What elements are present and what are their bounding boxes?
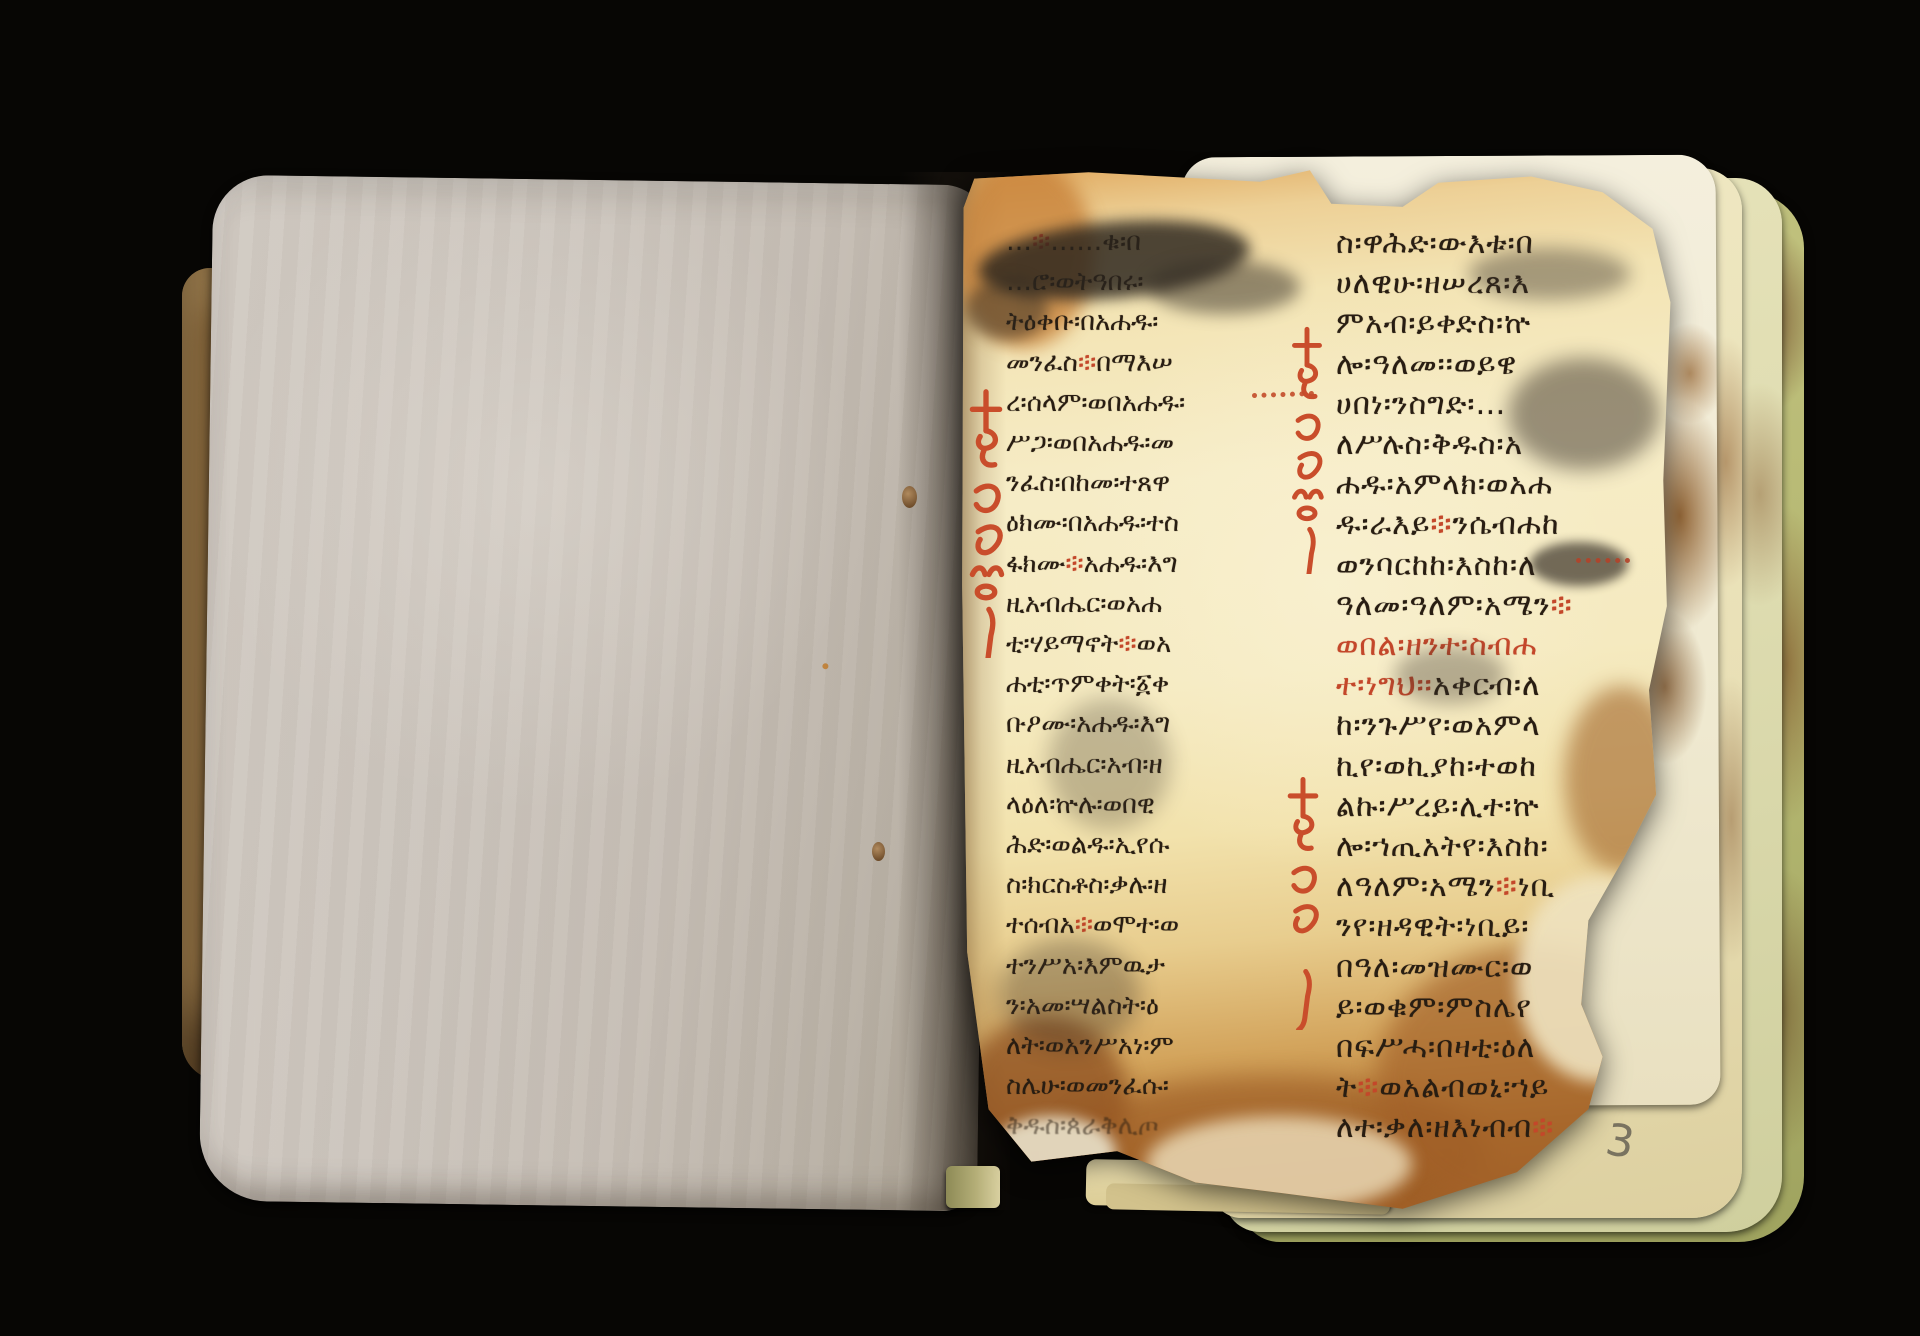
- ink-smudge: [1148, 260, 1300, 314]
- body-text: ሀበነ፡ንስግድ፡…: [1336, 387, 1506, 422]
- section-marker-icon: [1288, 324, 1326, 574]
- body-text: ዕክሙ፡በአሐዱ፡ተስ: [1006, 508, 1179, 538]
- body-text: ሎ፡ዓለመ፡፡ወይዌ: [1336, 347, 1517, 382]
- text-line: ንየ፡ዘዳዊት፡ነቢይ፡: [1336, 907, 1652, 947]
- rubric-text: ፨: [1118, 629, 1136, 659]
- ink-smudge: [998, 938, 1140, 1050]
- text-line: ለተ፡ቃለ፡ዘእነብብ፨: [1336, 1108, 1652, 1148]
- text-line: ተሰብአ፨ወሞተ፡ወ: [1006, 905, 1262, 945]
- body-text: ለሥሉስ፡ቅዱስ፡አ: [1336, 427, 1523, 462]
- text-line: ዕክሙ፡በአሐዱ፡ተስ: [1006, 503, 1262, 543]
- text-line: ንፈስ፡በከመ፡ተጸዋ: [1006, 463, 1262, 503]
- body-text: ስ፡ክርስቶስ፡ቃሉ፡ዘ: [1006, 870, 1167, 900]
- ink-smudge: [1508, 358, 1660, 470]
- text-line: ዓለመ፡ዓለም፡አሜን፨: [1336, 586, 1652, 626]
- text-line: ሥጋ፡ወበአሐዱ፡መ: [1006, 423, 1262, 463]
- ink-smudge: [1530, 542, 1628, 586]
- body-text: ንሴብሐከ: [1452, 507, 1559, 542]
- text-line: ሐዱ፡አምላክ፡ወአሐ: [1336, 465, 1652, 505]
- body-text: በፍሥሓ፡በዛቲ፡ዕለ: [1336, 1030, 1535, 1065]
- text-line: ይ፡ወቁም፡ምስሌየ: [1336, 988, 1652, 1028]
- photograph-background: 4 3 …፨……ቁ፡በ…ሮ፡ወትዓበሩ፡ትዕቀቡ፡በአሐዱ፡መንፈስ፨በማእሠረ…: [0, 0, 1920, 1336]
- text-line: ት፨ወአልብወኒ፡ኀይ: [1336, 1068, 1652, 1108]
- body-text: ት: [1336, 1070, 1357, 1105]
- manuscript-leaf: …፨……ቁ፡በ…ሮ፡ወትዓበሩ፡ትዕቀቡ፡በአሐዱ፡መንፈስ፨በማእሠረ፡ሰላም…: [960, 166, 1674, 1214]
- body-text: ወሞተ፡ወ: [1093, 910, 1179, 940]
- body-text: ቲ፡ሃይማኖት: [1006, 629, 1118, 659]
- rubric-text: ፨: [1075, 910, 1093, 940]
- body-text: ወአልብወኒ፡ኀይ: [1379, 1070, 1549, 1105]
- text-line: ኪየ፡ወኪያከ፡ተወከ: [1336, 747, 1652, 787]
- body-text: ይ፡ወቁም፡ምስሌየ: [1336, 990, 1532, 1025]
- section-marker-icon: [1284, 774, 1322, 1030]
- body-text: ከ፡ንጉሥየ፡ወአምላ: [1336, 708, 1541, 743]
- rubric-text: ፨: [1532, 1110, 1554, 1145]
- text-line: ዱ፡ራእይ፨ንሴብሐከ: [1336, 505, 1652, 545]
- manuscript-leaf-wrap: …፨……ቁ፡በ…ሮ፡ወትዓበሩ፡ትዕቀቡ፡በአሐዱ፡መንፈስ፨በማእሠረ፡ሰላም…: [0, 0, 1920, 1336]
- body-text: ንፈስ፡በከመ፡ተጸዋ: [1006, 468, 1170, 498]
- rubric-text: ፨: [1430, 507, 1452, 542]
- body-text: በማእሠ: [1096, 348, 1172, 378]
- body-text: ፋክሙ: [1006, 549, 1065, 579]
- rubric-text: ፨: [1357, 1070, 1379, 1105]
- ink-smudge: [1394, 646, 1506, 704]
- body-text: ሥጋ፡ወበአሐዱ፡መ: [1006, 428, 1174, 458]
- body-text: ሐቲ፡ጥምቀት፡፩ቀ: [1006, 669, 1169, 699]
- text-line: ሐቲ፡ጥምቀት፡፩ቀ: [1006, 664, 1262, 704]
- body-text: ሐዱ፡አምላክ፡ወአሐ: [1336, 467, 1553, 502]
- text-line: ስ፡ክርስቶስ፡ቃሉ፡ዘ: [1006, 865, 1262, 905]
- section-marker-icon: [966, 386, 1006, 658]
- body-text: መንፈስ: [1006, 348, 1078, 378]
- body-text: ዚአብሔር፡ወአሐ: [1006, 589, 1162, 619]
- text-line: ፋክሙ፨አሐዱ፡እግ: [1006, 544, 1262, 584]
- text-line: ልኩ፡ሥረይ፡ሊተ፡ኵ: [1336, 787, 1652, 827]
- text-line: ረ፡ሰላም፡ወበአሐዱ፡: [1006, 383, 1262, 423]
- text-line: ቲ፡ሃይማኖት፨ወአ: [1006, 624, 1262, 664]
- text-line: ስሌሁ፡ወመንፈሱ፡: [1006, 1066, 1262, 1106]
- body-text: ሎ፡ኀጢአትየ፡እስከ፡: [1336, 829, 1549, 864]
- body-text: ለዓለም፡አሜን: [1336, 869, 1496, 904]
- text-line: በዓለ፡መዝሙር፡ወ: [1336, 948, 1652, 988]
- body-text: ዱ፡ራእይ: [1336, 507, 1430, 542]
- text-line: ለዓለም፡አሜን፨ነቢ: [1336, 867, 1652, 907]
- body-text: ምአብ፡ይቀድስ፡ኵ: [1336, 306, 1531, 341]
- rubric-text: ፨: [1496, 869, 1518, 904]
- body-text: ልኩ፡ሥረይ፡ሊተ፡ኵ: [1336, 789, 1540, 824]
- body-text: ንየ፡ዘዳዊት፡ነቢይ፡: [1336, 909, 1530, 944]
- body-text: ወንባርከከ፡እስከ፡ለ: [1336, 548, 1537, 583]
- text-line: ዚአብሔር፡ወአሐ: [1006, 584, 1262, 624]
- ink-smudge: [1468, 248, 1630, 300]
- text-line: ቅዱስ፡ጰራቅሊጦ: [1006, 1106, 1262, 1146]
- rubric-text: ፨: [1551, 588, 1573, 623]
- body-text: ነቢ: [1518, 869, 1556, 904]
- text-line: መንፈስ፨በማእሠ: [1006, 343, 1262, 383]
- body-text: አሐዱ፡እግ: [1084, 549, 1178, 579]
- body-text: በዓለ፡መዝሙር፡ወ: [1336, 950, 1533, 985]
- ink-smudge: [966, 278, 1048, 340]
- body-text: ዓለመ፡ዓለም፡አሜን: [1336, 588, 1551, 623]
- body-text: ለተ፡ቃለ፡ዘእነብብ: [1336, 1110, 1532, 1145]
- body-text: ስሌሁ፡ወመንፈሱ፡: [1006, 1071, 1169, 1101]
- ink-smudge: [1048, 698, 1170, 830]
- text-line: ሎ፡ኀጢአትየ፡እስከ፡: [1336, 827, 1652, 867]
- rubric-line-filler: [1576, 558, 1630, 563]
- rubric-text: ፨: [1065, 549, 1083, 579]
- rubric-text: ፨: [1078, 348, 1096, 378]
- body-text: ሕድ፡ወልዱ፡ኢየሱ: [1006, 830, 1170, 860]
- text-line: ከ፡ንጉሥየ፡ወአምላ: [1336, 706, 1652, 746]
- body-text: ወአ: [1137, 629, 1172, 659]
- body-text: ኪየ፡ወኪያከ፡ተወከ: [1336, 749, 1537, 784]
- text-line: ሕድ፡ወልዱ፡ኢየሱ: [1006, 825, 1262, 865]
- text-line: በፍሥሓ፡በዛቲ፡ዕለ: [1336, 1028, 1652, 1068]
- body-text: ቅዱስ፡ጰራቅሊጦ: [1006, 1111, 1159, 1141]
- body-text: ተሰብአ: [1006, 910, 1075, 940]
- body-text: ረ፡ሰላም፡ወበአሐዱ፡: [1006, 388, 1185, 418]
- text-line: ምአብ፡ይቀድስ፡ኵ: [1336, 304, 1652, 344]
